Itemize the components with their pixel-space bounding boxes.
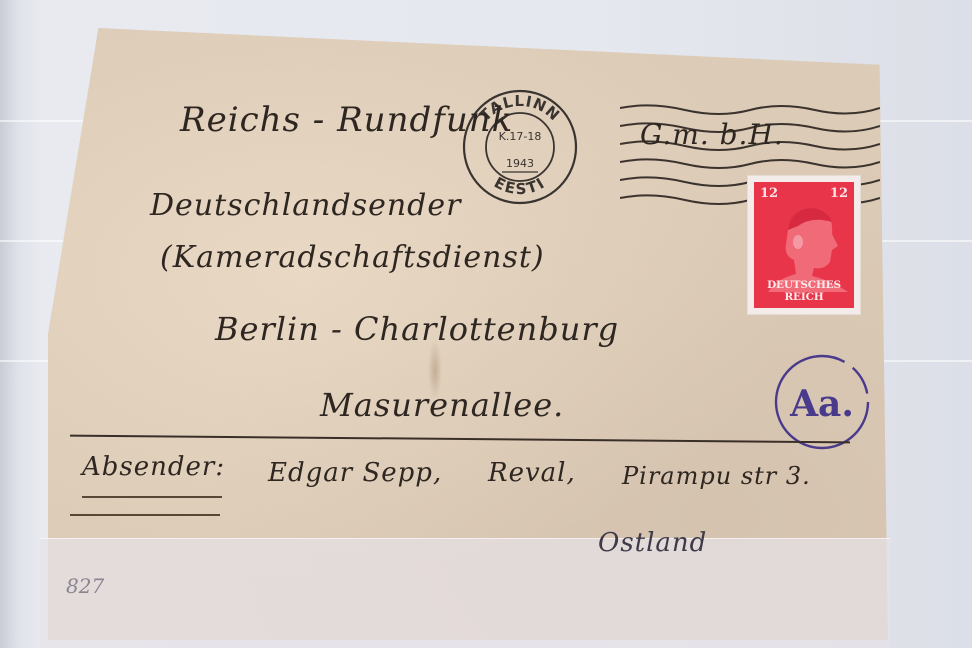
sender-city: Reval, [488,458,576,488]
sender-label: Absender: [82,452,225,482]
stamp-country-text: DEUTSCHES REICH [754,279,854,303]
address-line-3: (Kameradschaftsdienst) [160,240,545,275]
postmark-year: 1943 [506,157,534,170]
stamp-value-left: 12 [760,186,778,201]
address-line-1: Reichs - Rundfunk [180,100,513,140]
address-line-2: Deutschlandsender [150,188,461,223]
stamp-value-right: 12 [830,186,848,201]
sender-region: Ostland [598,528,707,558]
sender-name: Edgar Sepp, [268,458,442,488]
censor-mark: Aa. [772,352,872,452]
address-line-1-suffix: G.m. b.H. [640,118,784,151]
sender-street: Pirampu str 3. [622,462,811,490]
address-line-5: Masurenallee. [320,386,564,424]
sender-underline [82,496,222,498]
svg-text:EESTI: EESTI [491,173,549,198]
postage-stamp: 12 12 DEUTSCHES REICH [748,176,860,314]
archive-number: 827 [66,574,104,598]
album-sleeve [40,538,890,648]
postmark-bottom-text: EESTI [491,173,549,198]
censor-mark-text: Aa. [789,383,854,425]
sender-underline [70,514,220,516]
address-line-4: Berlin - Charlottenburg [215,310,619,348]
